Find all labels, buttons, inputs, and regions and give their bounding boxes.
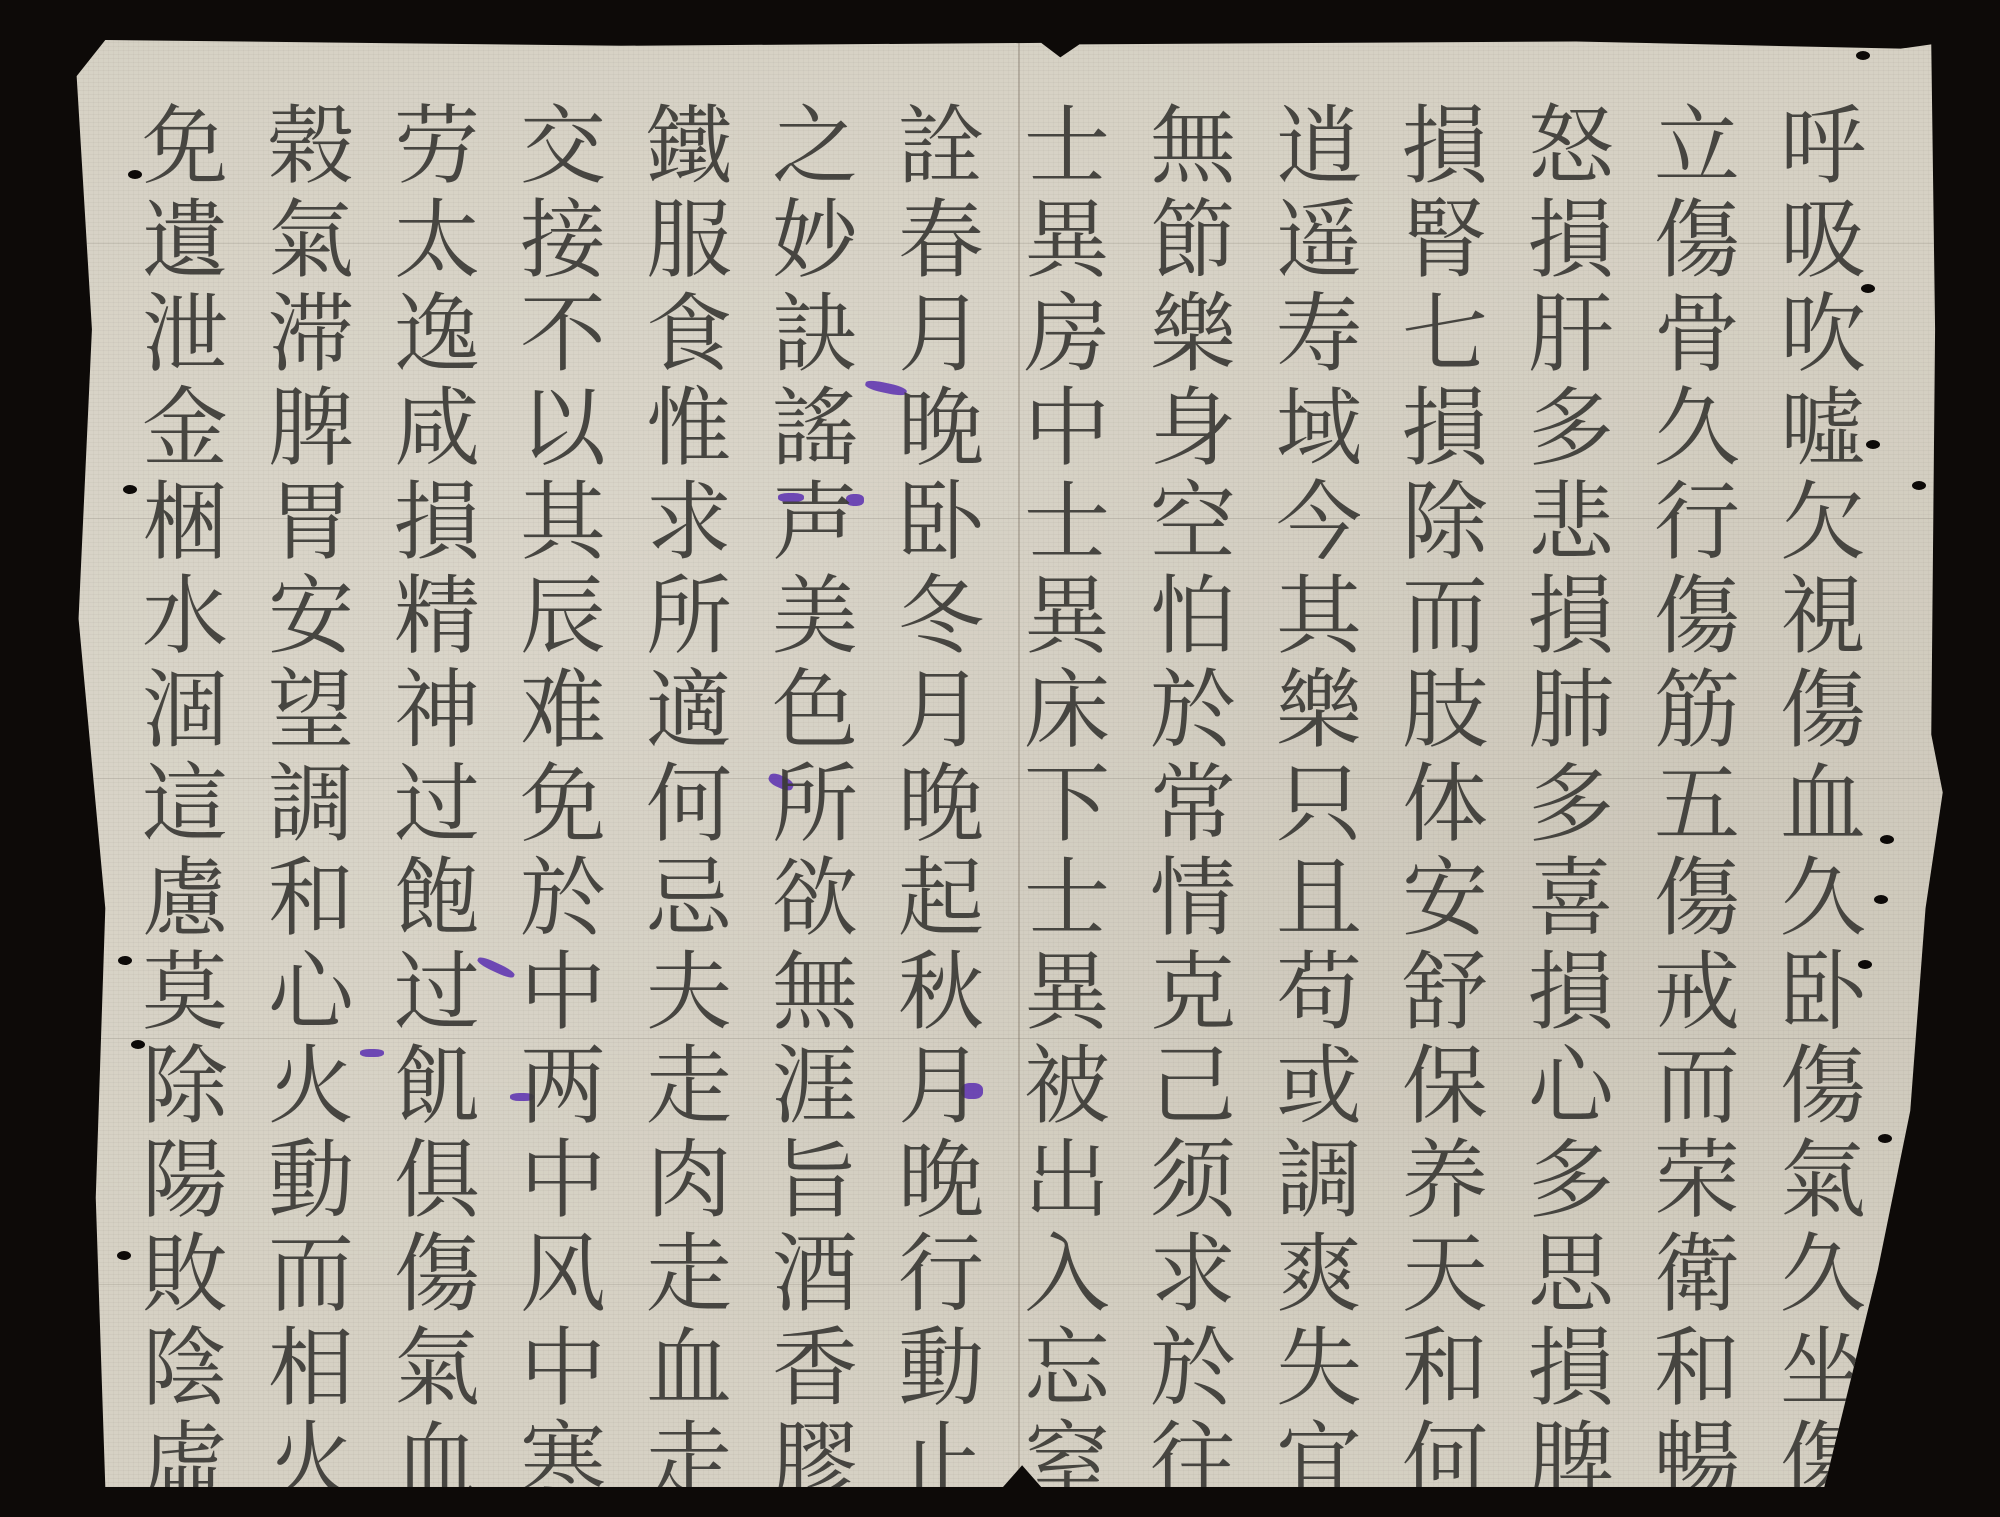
text-column: 詮春月晚卧冬月晚起秋月晚行動止昧养生: [870, 100, 996, 1500]
text-column: 立傷骨久行傷筋五傷戒而荣衛和暢多: [1626, 100, 1752, 1500]
binding-hole: [68, 1332, 82, 1341]
text-column: 逍遥寿域今其樂只且苟或調爽失宜起居: [1248, 100, 1374, 1500]
text-column: 免遺泄金梱水涸這慮莫除陽敗陰虛貪心尚: [114, 100, 240, 1500]
text-column: 劳太逸咸損精神过飽过飢俱傷氣血肉氣勝而: [366, 100, 492, 1500]
text-column: 士異房中士異床下士異被出入忘窒慾之真: [996, 100, 1122, 1500]
text-column: 呼吸吹噓欠視傷血久卧傷氣久坐傷肉久: [1752, 100, 1878, 1500]
text-column: 交接不以其辰难免於中两中风中寒中熱太: [492, 100, 618, 1500]
manuscript-page: 呼吸吹噓欠視傷血久卧傷氣久坐傷肉久 立傷骨久行傷筋五傷戒而荣衛和暢多 怒損肝多悲…: [48, 40, 1958, 1487]
binding-hole: [1912, 481, 1926, 490]
scan-frame: 呼吸吹噓欠視傷血久卧傷氣久坐傷肉久 立傷骨久行傷筋五傷戒而荣衛和暢多 怒損肝多悲…: [0, 0, 2000, 1517]
text-column: 鐵服食惟求所適何忌夫走肉走血走骨走筋: [618, 100, 744, 1500]
text-column: 之妙訣謠声美色所欲無涯旨酒香膠誰心是: [744, 100, 870, 1500]
binding-hole: [61, 136, 75, 145]
binding-hole: [1880, 835, 1894, 844]
binding-hole: [1856, 51, 1870, 60]
text-column: 怒損肝多悲損肺多喜損心多思損脾多恐: [1500, 100, 1626, 1500]
binding-hole: [1878, 1134, 1892, 1143]
text-column: 損腎七損除而肢体安舒保养天和何病之有: [1374, 100, 1500, 1500]
text-column: 榖氣滞脾胃安望調和心火動而相火随真元未: [240, 100, 366, 1500]
text-columns: 呼吸吹噓欠視傷血久卧傷氣久坐傷肉久 立傷骨久行傷筋五傷戒而荣衛和暢多 怒損肝多悲…: [114, 100, 1878, 1500]
text-column: 無節樂身空怕於常情克己须求於往哲上: [1122, 100, 1248, 1500]
